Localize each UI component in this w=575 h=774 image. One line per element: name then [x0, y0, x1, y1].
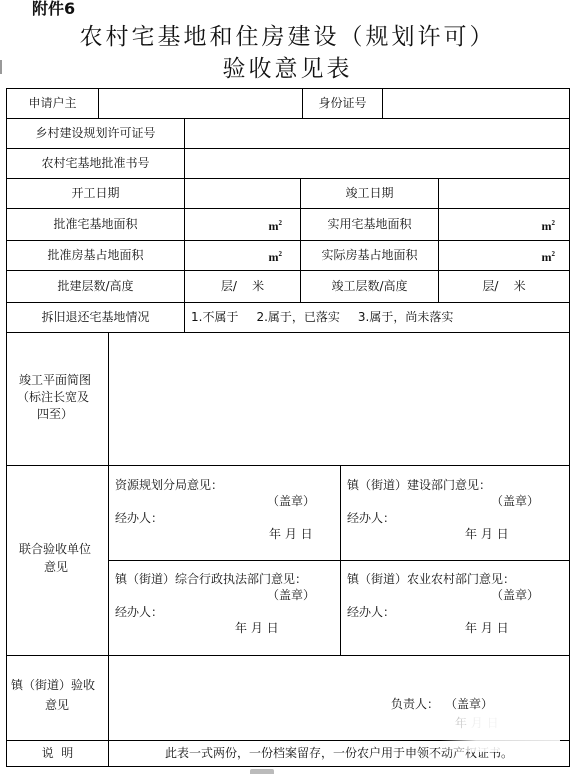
actual-footprint-area-field[interactable]: m2 [438, 240, 570, 271]
approved-footprint-area-field[interactable]: m2 [184, 240, 301, 271]
option-applicable-done[interactable]: 2.属于，已落实 [256, 310, 339, 325]
opinion-title: 资源规划分局意见： [115, 478, 223, 493]
actual-homestead-area-label: 实用宅基地面积 [300, 208, 439, 241]
site-plan-label-cell: 竣工平面简图 （标注长宽及 四至） [6, 332, 109, 466]
approved-floors-height-field[interactable]: 层/ 米 [184, 270, 301, 303]
completed-floors-height-field[interactable]: 层/ 米 [438, 270, 570, 303]
handler-label: 经办人： [115, 605, 163, 620]
square-meter-unit: m2 [269, 247, 283, 265]
town-acceptance-label-line2: 意见 [45, 698, 69, 713]
planning-permit-field[interactable] [184, 118, 570, 149]
demolition-return-label: 拆旧退还宅基地情况 [6, 302, 185, 333]
square-meter-unit: m2 [269, 216, 283, 234]
handler-label: 经办人： [347, 511, 395, 526]
handler-label: 经办人： [347, 605, 395, 620]
approved-homestead-area-label: 批准宅基地面积 [6, 208, 185, 241]
opinion-title: 镇（街道）综合行政执法部门意见： [115, 572, 307, 587]
form-title-line1: 农村宅基地和住房建设（规划许可） [0, 22, 575, 52]
joint-acceptance-label-line2: 意见 [44, 560, 68, 575]
opinion-resource-planning[interactable]: 资源规划分局意见： （盖章） 经办人： 年 月 日 [108, 465, 341, 561]
square-meter-unit: m2 [542, 216, 556, 234]
applicant-field[interactable] [98, 88, 303, 119]
responsible-person-label: 负责人： [391, 697, 439, 712]
town-acceptance-label-line1: 镇（街道）验收 [11, 678, 95, 693]
applicant-label: 申请户主 [6, 88, 99, 119]
id-number-field[interactable] [382, 88, 570, 119]
actual-footprint-area-label: 实际房基占地面积 [300, 240, 439, 271]
option-not-applicable[interactable]: 1.不属于 [191, 310, 238, 325]
completed-floors-height-label: 竣工层数/高度 [300, 270, 439, 303]
date-label: 年 月 日 [269, 527, 313, 542]
opinion-town-agriculture[interactable]: 镇（街道）农业农村部门意见： （盖章） 经办人： 年 月 日 [340, 560, 570, 656]
homestead-approval-label: 农村宅基地批准书号 [6, 148, 185, 179]
seal-label: （盖章） [445, 697, 493, 712]
approved-floors-height-label: 批建层数/高度 [6, 270, 185, 303]
opinion-town-construction[interactable]: 镇（街道）建设部门意见： （盖章） 经办人： 年 月 日 [340, 465, 570, 561]
seal-label: （盖章） [267, 494, 315, 509]
notes-label: 说 明 [6, 740, 109, 767]
seal-label: （盖章） [491, 494, 539, 509]
page-bottom-marker [250, 769, 274, 774]
approved-homestead-area-field[interactable]: m2 [184, 208, 301, 241]
start-date-field[interactable] [184, 178, 301, 209]
approved-footprint-area-label: 批准房基占地面积 [6, 240, 185, 271]
opinion-town-law-enforcement[interactable]: 镇（街道）综合行政执法部门意见： （盖章） 经办人： 年 月 日 [108, 560, 341, 656]
actual-homestead-area-field[interactable]: m2 [438, 208, 570, 241]
form-title-line2: 验收意见表 [0, 54, 575, 84]
seal-label: （盖章） [491, 588, 539, 603]
town-acceptance-label-cell: 镇（街道）验收 意见 [6, 655, 109, 741]
joint-acceptance-label-line1: 联合验收单位 [19, 542, 91, 557]
opinion-title: 镇（街道）建设部门意见： [347, 478, 491, 493]
planning-permit-label: 乡村建设规划许可证号 [6, 118, 185, 149]
site-plan-label-line2: （标注长宽及 [17, 390, 89, 405]
date-label: 年 月 日 [465, 527, 509, 542]
site-plan-drawing-area[interactable] [108, 332, 570, 466]
attachment-label: 附件6 [32, 0, 75, 18]
seal-label: （盖章） [267, 588, 315, 603]
joint-acceptance-label-cell: 联合验收单位 意见 [6, 465, 109, 656]
demolition-return-options: 1.不属于 2.属于，已落实 3.属于，尚未落实 [184, 302, 570, 333]
image-artifact [440, 712, 560, 752]
handler-label: 经办人： [115, 511, 163, 526]
homestead-approval-field[interactable] [184, 148, 570, 179]
id-number-label: 身份证号 [302, 88, 383, 119]
completion-date-field[interactable] [438, 178, 570, 209]
square-meter-unit: m2 [542, 247, 556, 265]
site-plan-label-line1: 竣工平面简图 [19, 373, 91, 388]
site-plan-label-line3: 四至） [37, 407, 73, 422]
opinion-title: 镇（街道）农业农村部门意见： [347, 572, 515, 587]
start-date-label: 开工日期 [6, 178, 185, 209]
completion-date-label: 竣工日期 [300, 178, 439, 209]
option-applicable-pending[interactable]: 3.属于，尚未落实 [358, 310, 453, 325]
date-label: 年 月 日 [465, 621, 509, 636]
date-label: 年 月 日 [235, 621, 279, 636]
